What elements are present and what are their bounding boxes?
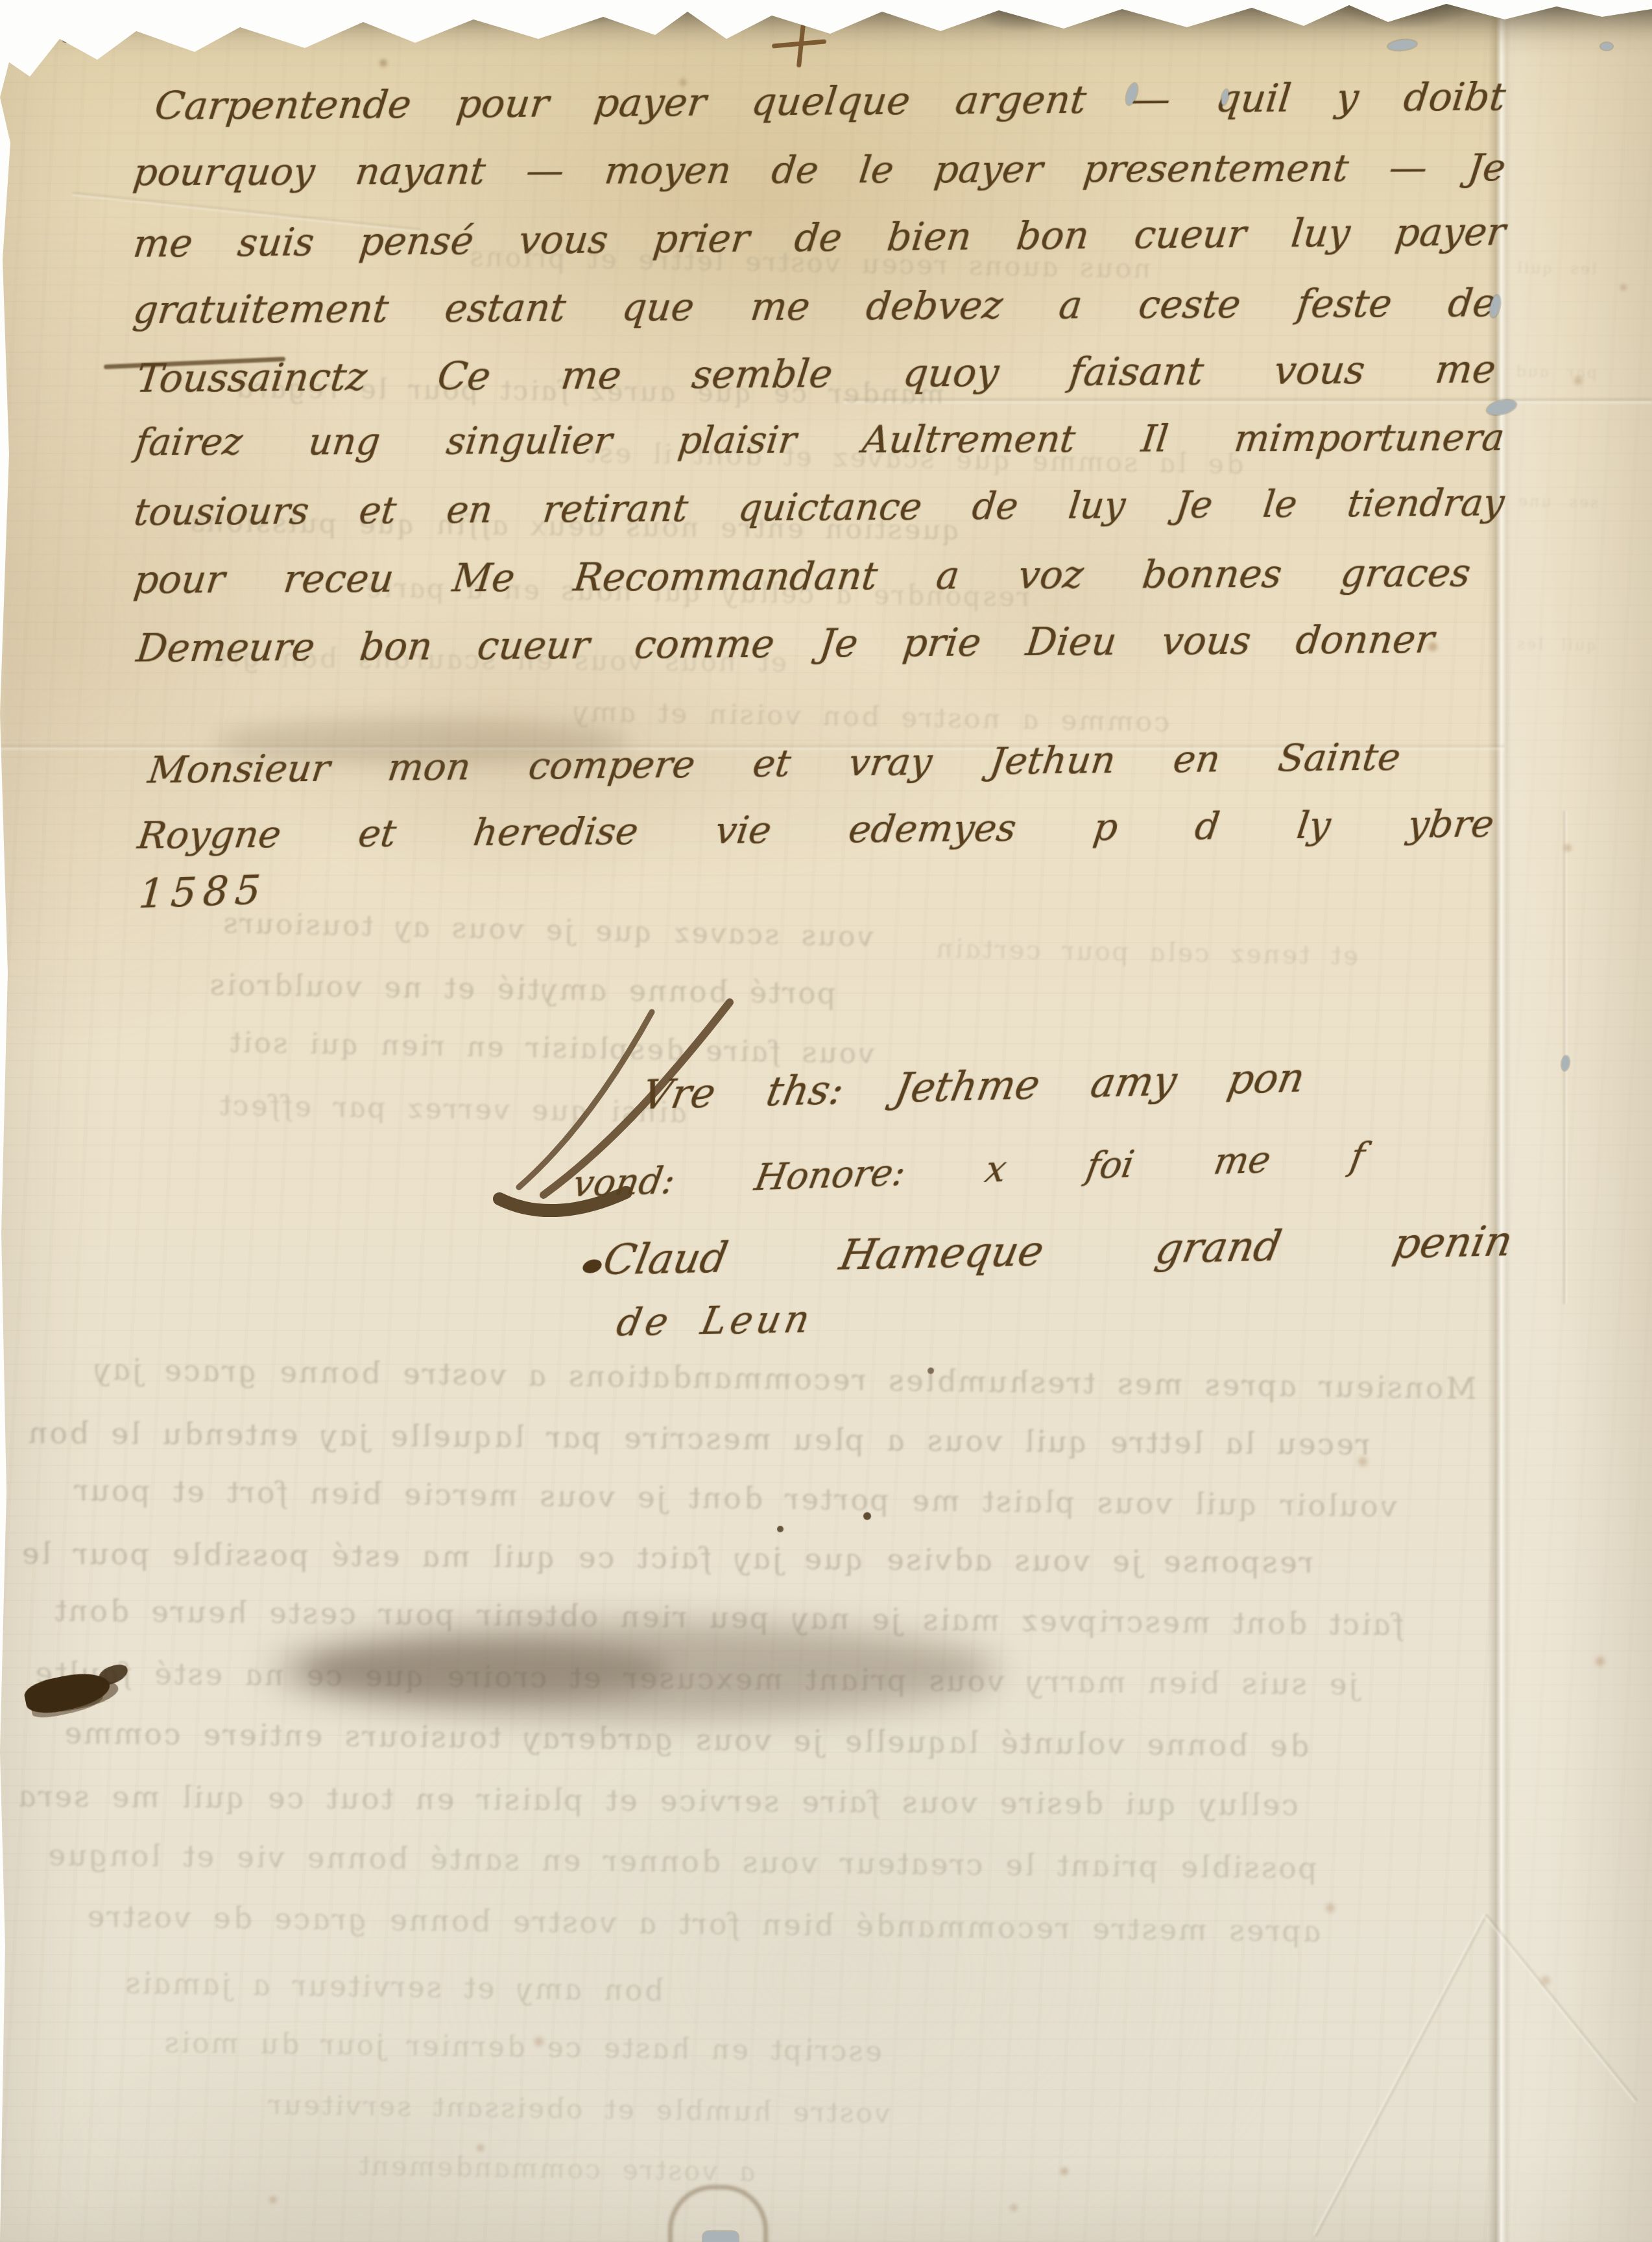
manuscript-line: gratuitement estant que me debvez a cest… bbox=[130, 280, 1498, 342]
date-line: 1585 bbox=[138, 865, 269, 917]
manuscript-page: nous auons receu vostre lettre et prions… bbox=[0, 0, 1652, 2242]
manuscript-line: Toussainctz Ce me semble quoy faisant vo… bbox=[133, 347, 1498, 411]
bleed-through-line: les quil bbox=[1513, 259, 1598, 278]
cross-mark: + bbox=[769, 17, 829, 73]
upper-smudge bbox=[214, 719, 629, 764]
manuscript-line: Carpentende pour payer quelque argent — … bbox=[151, 75, 1508, 139]
bleed-through-line: par aud bbox=[1512, 363, 1599, 382]
scanned-manuscript: nous auons receu vostre lettre et prions… bbox=[0, 0, 1652, 2242]
manuscript-line: pourquoy nayant — moyen de le payer pres… bbox=[130, 145, 1508, 204]
manuscript-line: fairez ung singulier plaisir Aultrement … bbox=[132, 416, 1507, 476]
bleed-through-line: ses une bbox=[1514, 492, 1600, 512]
signature-place: de Leun bbox=[613, 1297, 817, 1345]
manuscript-line: Demeure bon cueur comme Je prie Dieu vou… bbox=[133, 617, 1437, 681]
bleed-through-line: quil les bbox=[1513, 635, 1598, 655]
right-fold-strip bbox=[1500, 0, 1652, 2242]
manuscript-line: tousiours et en retirant quictance de lu… bbox=[130, 482, 1507, 546]
vertical-fold-line bbox=[1488, 0, 1511, 2242]
paper-hole bbox=[1601, 43, 1612, 50]
manuscript-line: pour receu Me Recommandant a voz bonnes … bbox=[130, 551, 1473, 612]
smudge-core bbox=[305, 1641, 668, 1700]
foxing-spots bbox=[0, 0, 6, 6]
bleed-through-line: a vostre commandement bbox=[354, 2149, 759, 2188]
